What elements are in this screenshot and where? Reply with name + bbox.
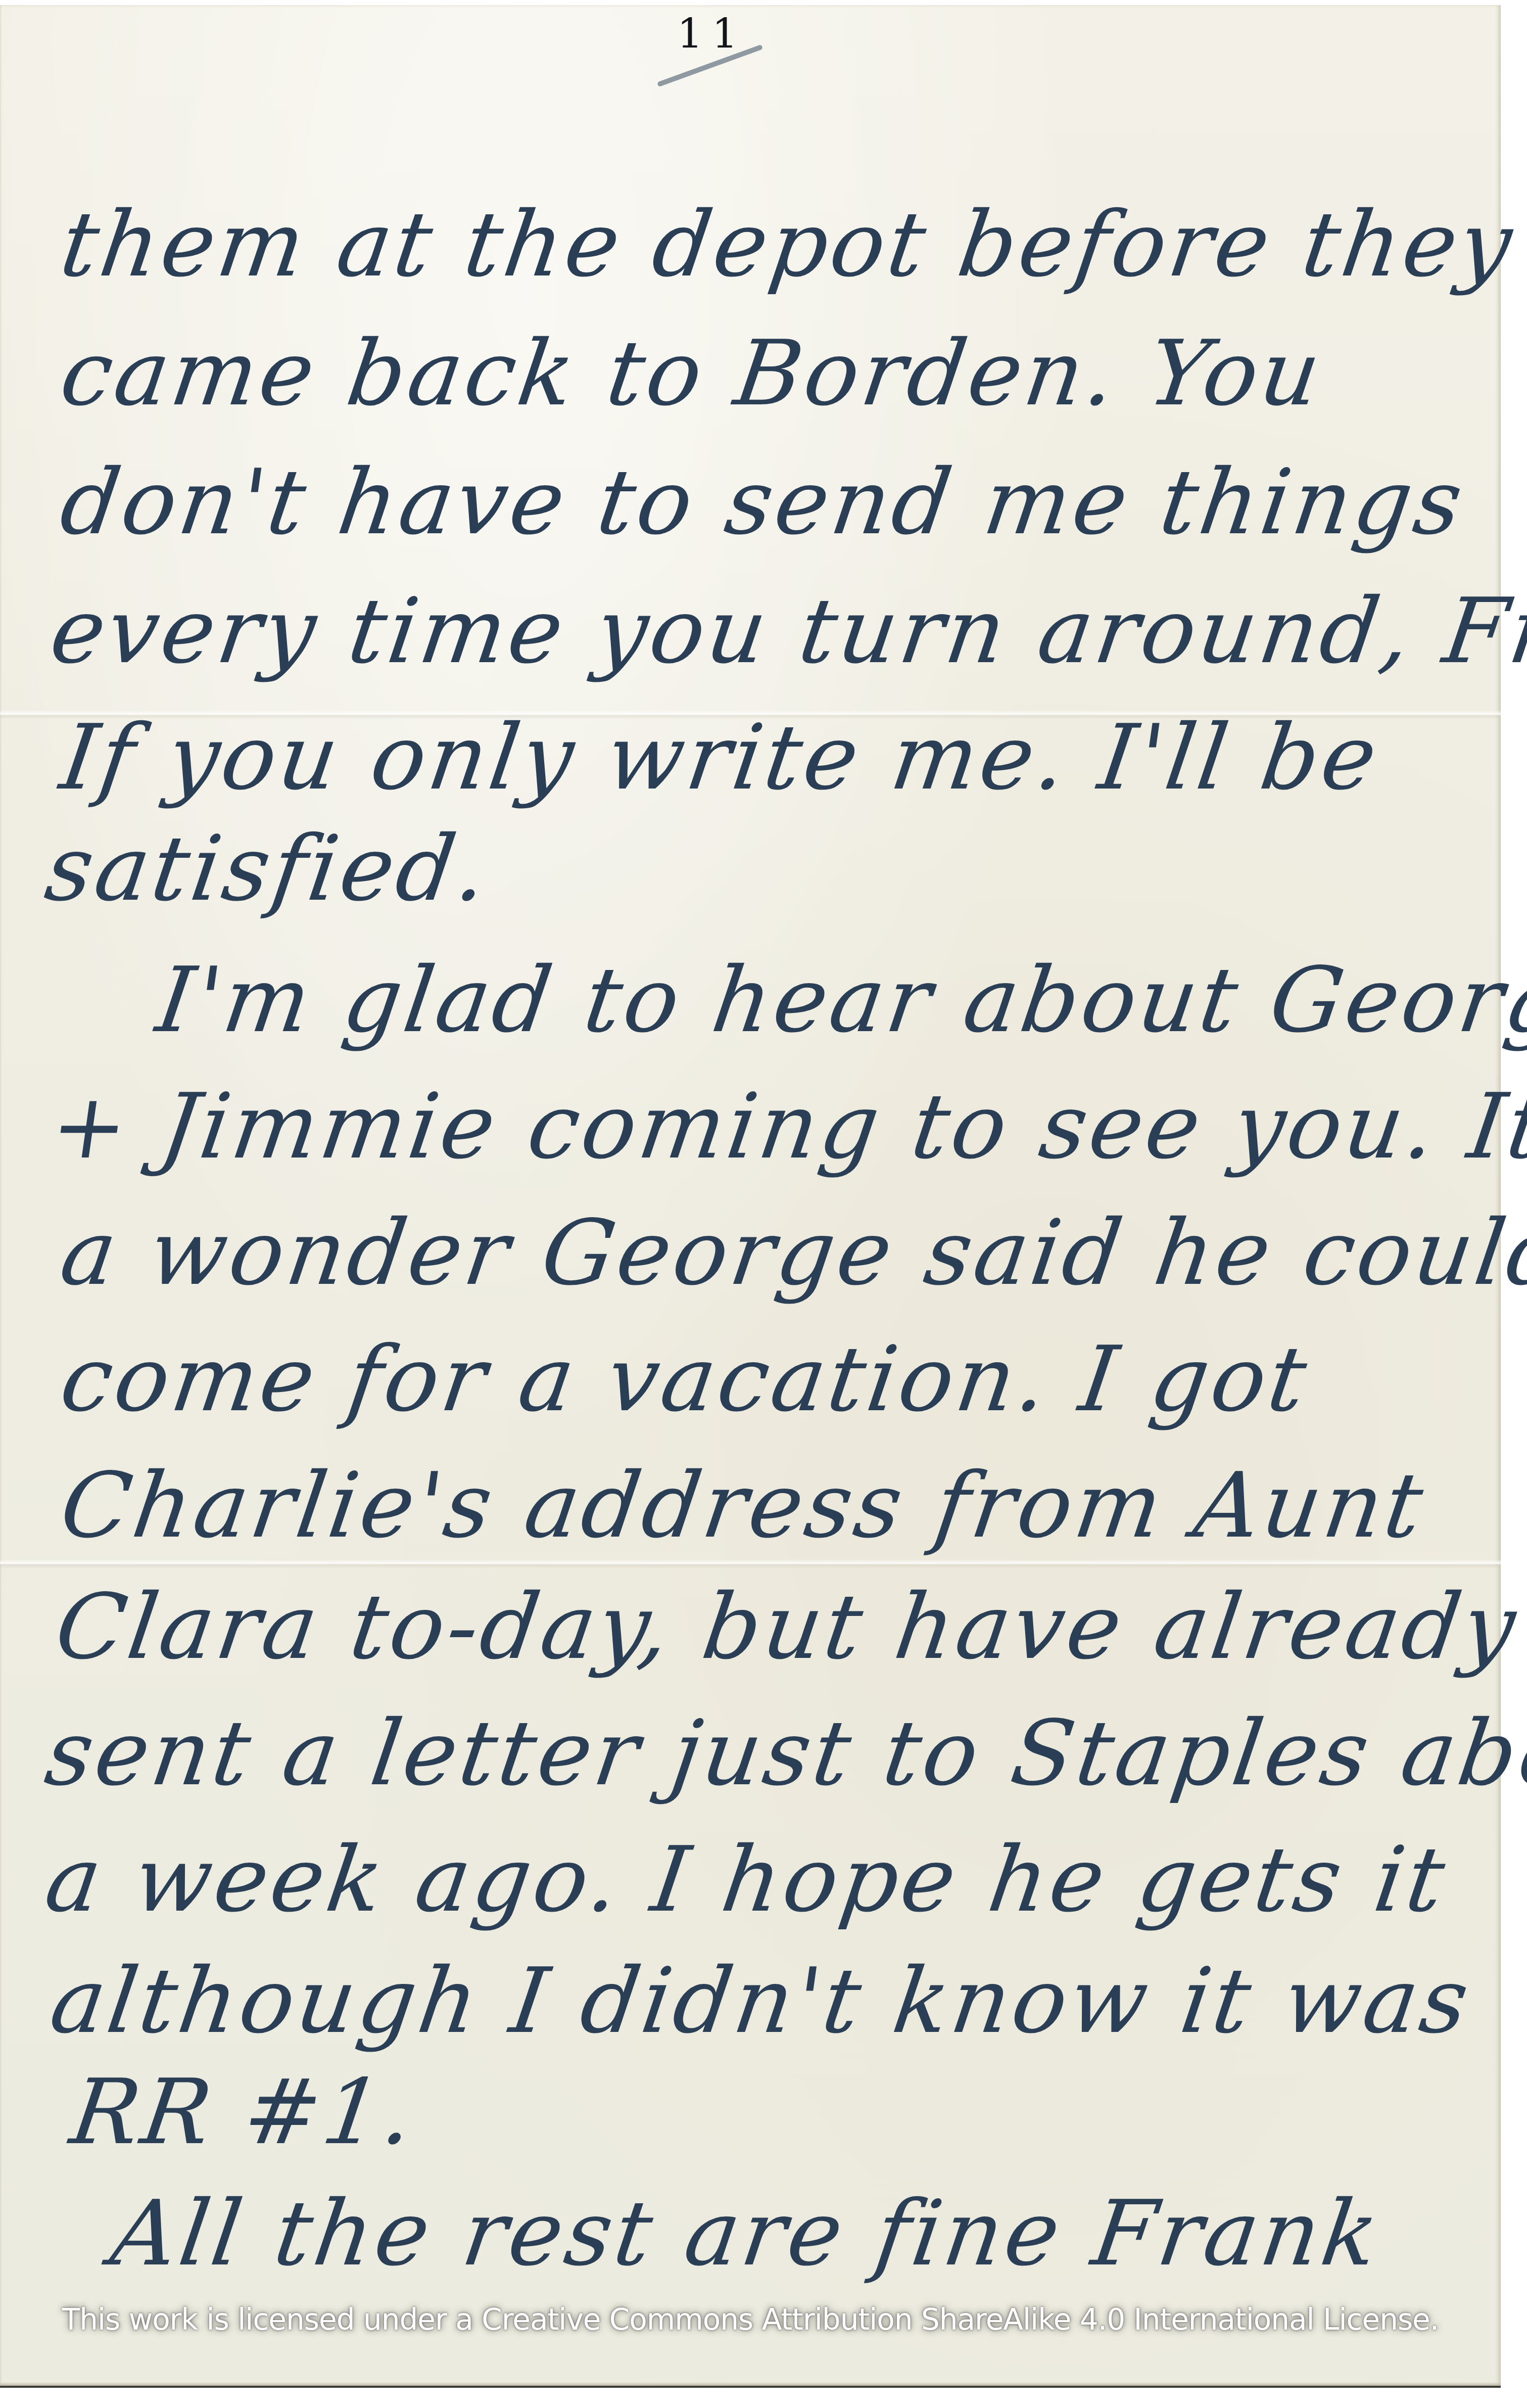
letter-line: came back to Borden. You — [56, 329, 1328, 419]
letter-line: Charlie's address from Aunt — [56, 1461, 1431, 1551]
letter-line: All the rest are fine Frank — [106, 2189, 1387, 2279]
letter-line: Clara to-day, but have already — [51, 1582, 1523, 1672]
letter-line: I'm glad to hear about George — [152, 955, 1527, 1045]
letter-page: 11 them at the depot before they came ba… — [0, 5, 1501, 2388]
letter-line: come for a vacation. I got — [56, 1334, 1314, 1424]
paper-fold-line — [0, 1559, 1501, 1568]
letter-line: satisfied. — [40, 824, 496, 914]
letter-line: + Jimmie coming to see you. It's — [45, 1082, 1527, 1172]
letter-line: every time you turn around, Frank — [45, 586, 1527, 676]
letter-line: If you only write me. I'll be — [56, 713, 1385, 803]
letter-line: RR #1. — [66, 2067, 422, 2157]
license-notice: This work is licensed under a Creative C… — [0, 2302, 1501, 2337]
letter-line: a wonder George said he could — [56, 1208, 1527, 1298]
letter-line: although I didn't know it was — [45, 1956, 1476, 2046]
letter-line: don't have to send me things — [56, 457, 1470, 547]
letter-line: a week ago. I hope he gets it — [40, 1835, 1453, 1925]
letter-line: them at the depot before they — [56, 200, 1520, 290]
page-number: 11 — [677, 10, 747, 57]
letter-line: sent a letter just to Staples about — [40, 1708, 1527, 1798]
